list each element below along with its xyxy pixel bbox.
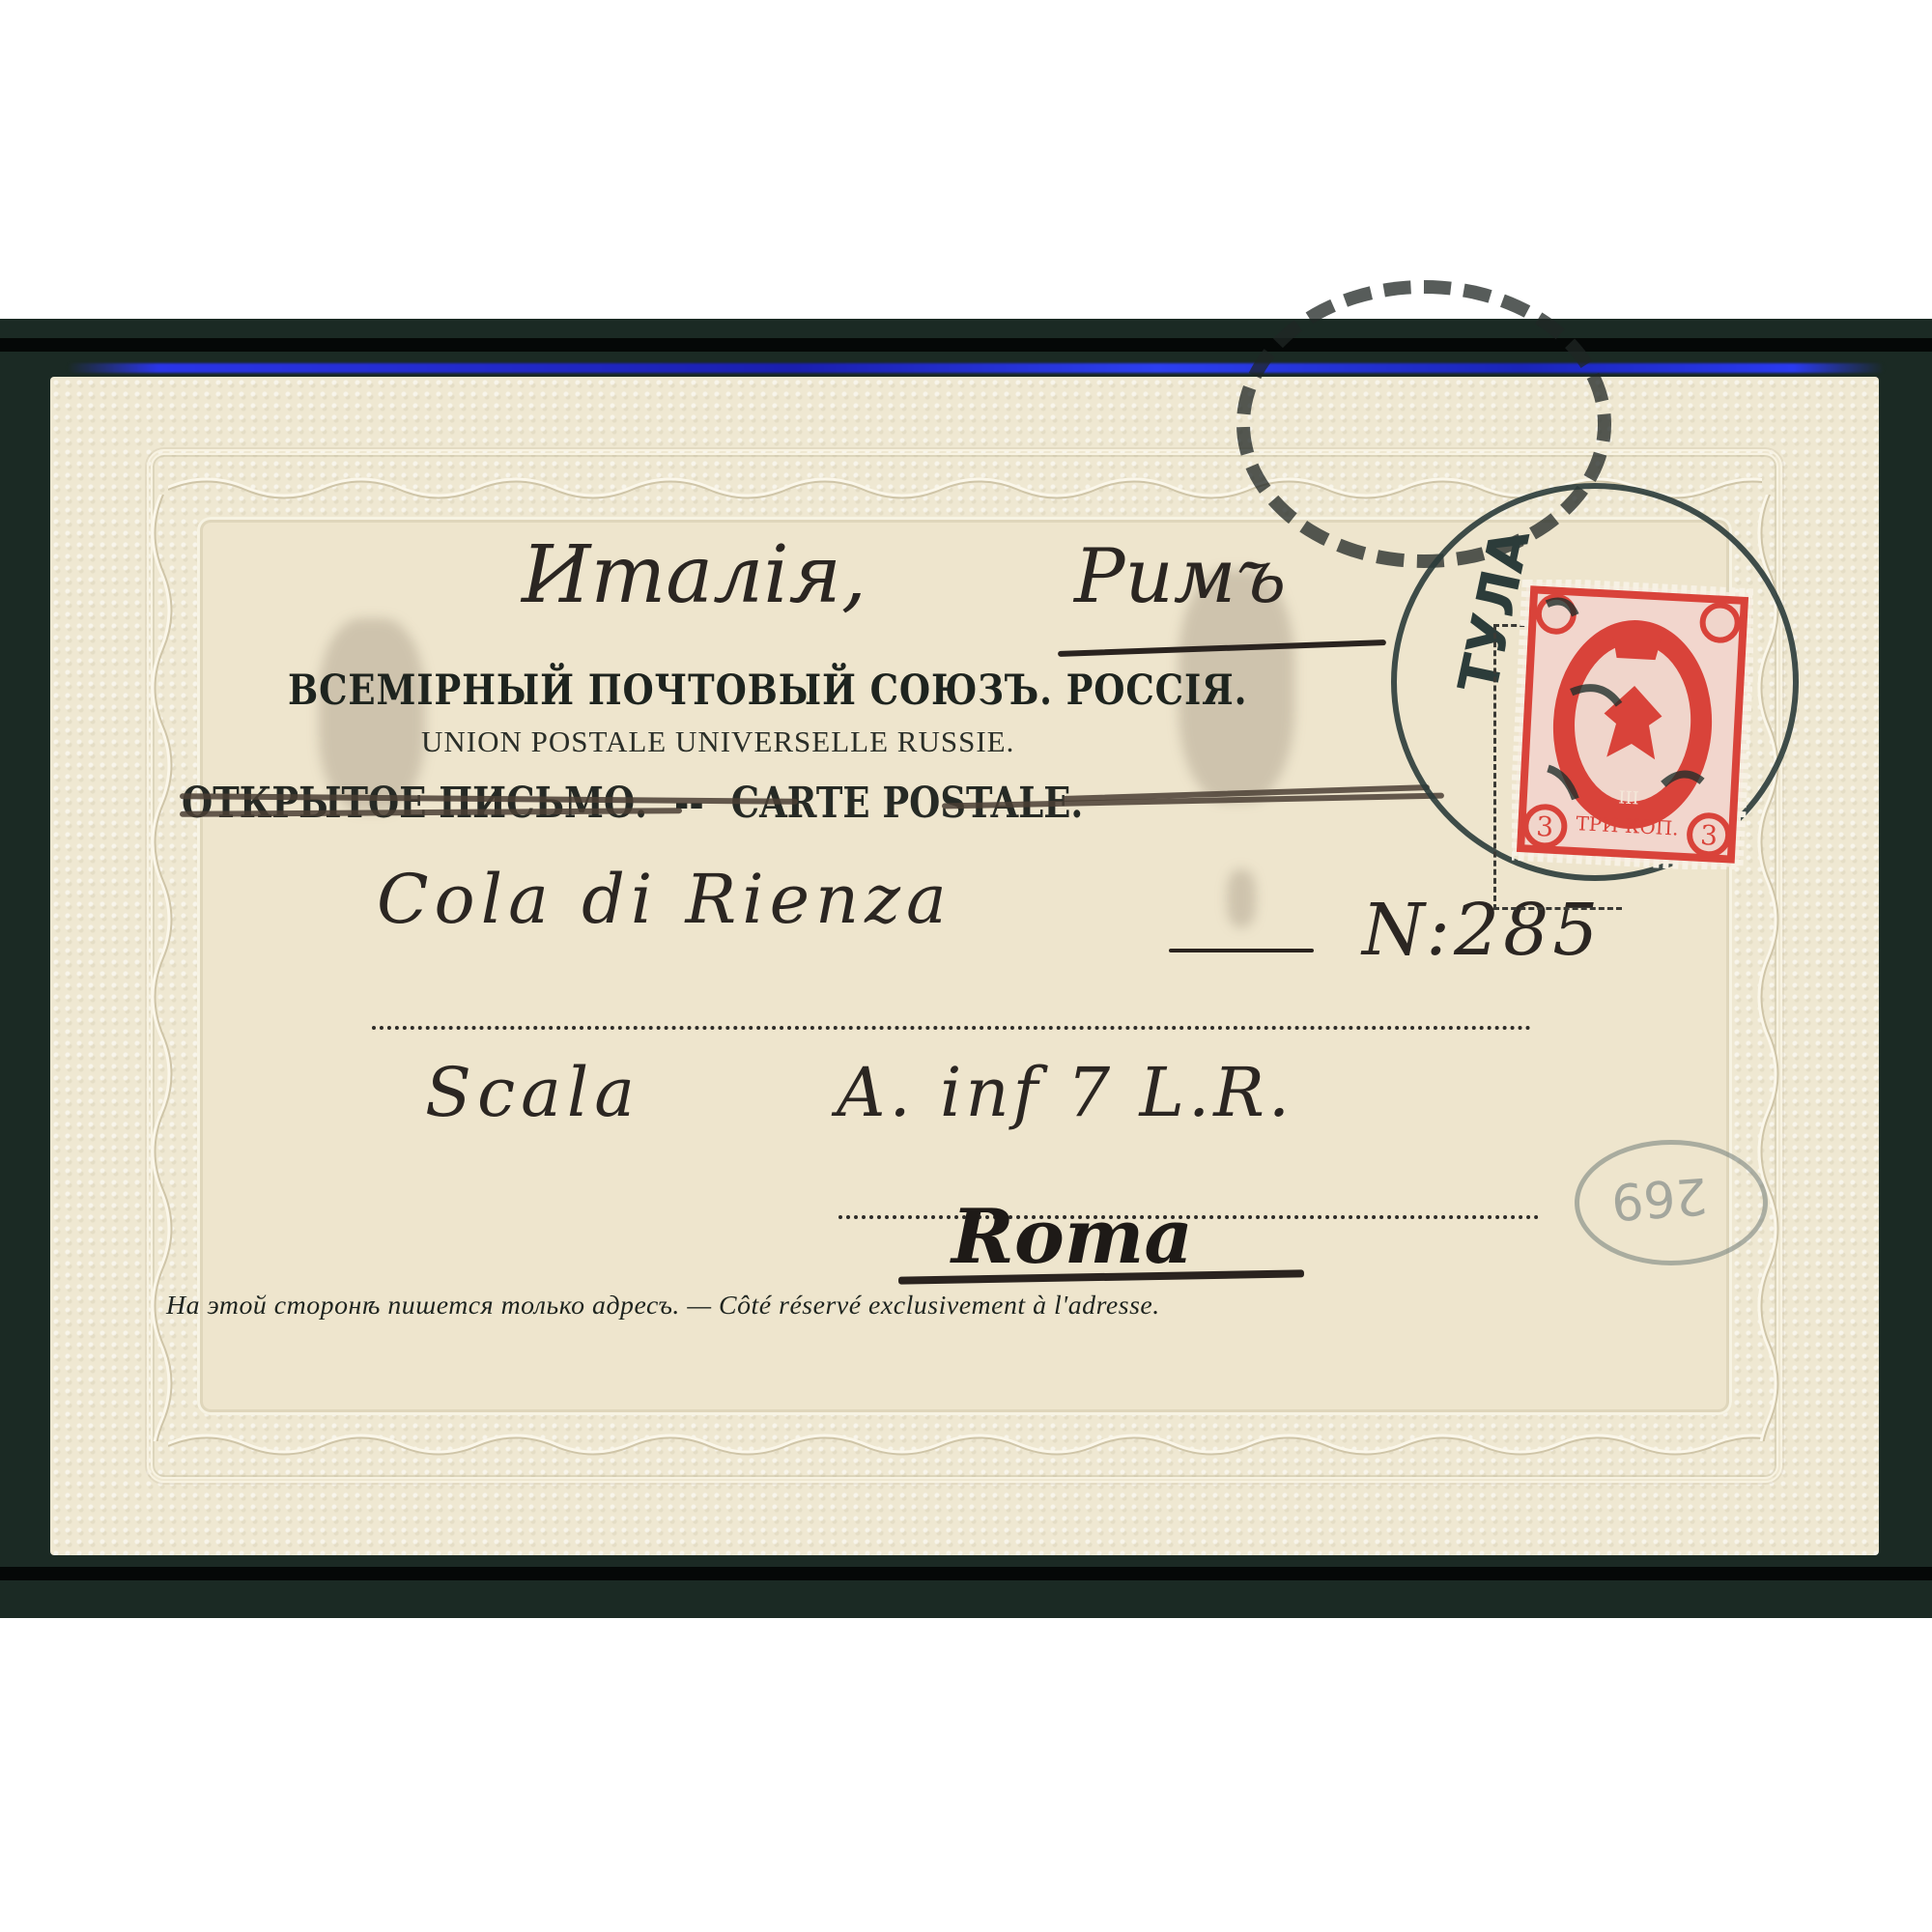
header-russian: ВСЕМІРНЫЙ ПОЧТОВЫЙ СОЮЗЪ. РОССІЯ. <box>288 667 1247 715</box>
handwritten-flourish <box>1169 949 1314 952</box>
handwritten-apartment: A. inf 7 L.R. <box>837 1053 1293 1132</box>
postage-stamp: 3 3 III ТРИ КОП. ПОЧТОВАЯ МАРКА <box>1512 580 1753 869</box>
handwritten-country: Италія, <box>522 529 867 621</box>
backdrop-rule-top <box>0 338 1932 352</box>
embossed-wave-border-bottom <box>168 1428 1762 1461</box>
handwritten-street: Cola di Rienza <box>377 860 952 939</box>
address-line-dotted <box>372 1026 1531 1030</box>
oval-handstamp-number: 269 <box>1609 1166 1709 1231</box>
stamp-corner-digit: 3 <box>1699 819 1719 852</box>
card-type-russian: ОТКРЫТОЕ ПИСЬМО. <box>182 779 647 828</box>
backdrop-rule-bottom <box>0 1567 1932 1580</box>
stamp-numeral: III <box>1618 787 1639 809</box>
handwritten-destination-city: Roma <box>952 1193 1193 1281</box>
handwritten-recipient: Scala <box>425 1053 640 1132</box>
stamp-corner-digit-left: 3 <box>1536 810 1555 843</box>
ink-smudge <box>1227 869 1256 927</box>
blue-edge-reflection <box>68 363 1884 373</box>
header-french: UNION POSTALE UNIVERSELLE RUSSIE. <box>421 724 1014 759</box>
handwritten-city-russian: Римъ <box>1074 533 1286 620</box>
address-side-notice: На этой сторонѣ пишется только адресъ. —… <box>166 1291 1160 1321</box>
